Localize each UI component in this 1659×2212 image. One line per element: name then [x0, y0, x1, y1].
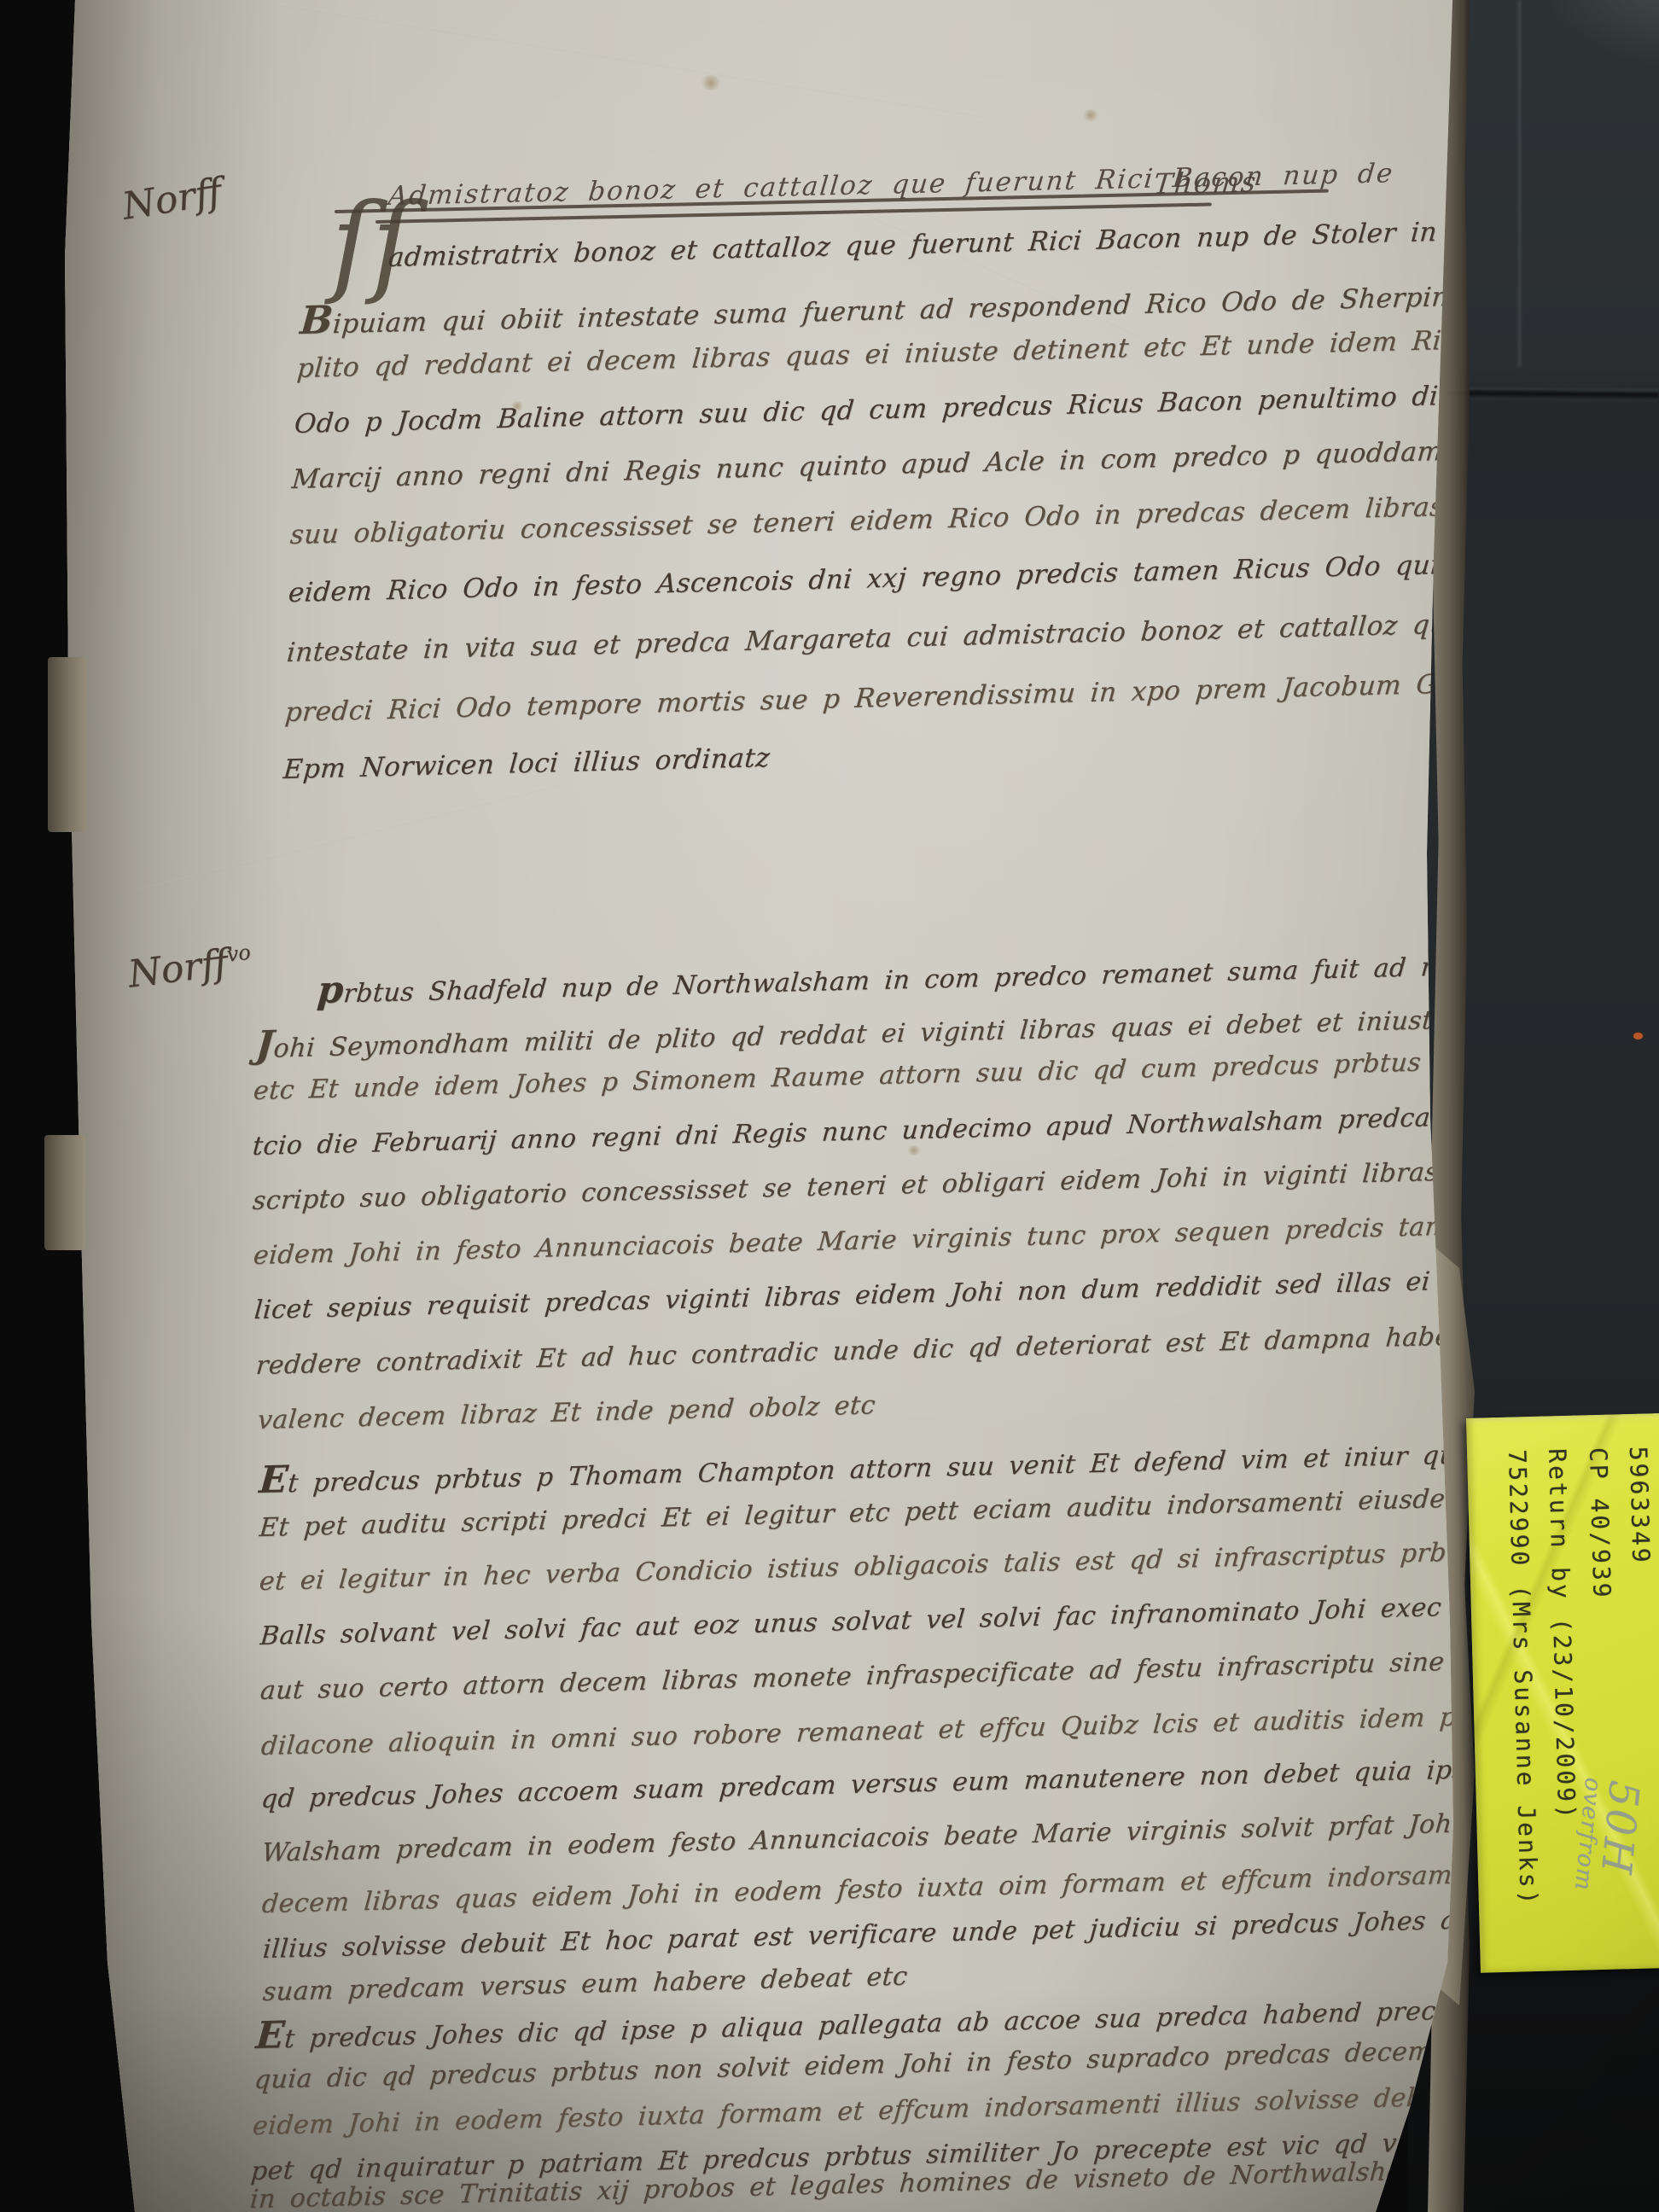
- photo-vignette: [0, 0, 1659, 2212]
- plea-roll-photograph: Norff Norffvo ſſ Admistratoz bonoz et ca…: [0, 0, 1659, 2212]
